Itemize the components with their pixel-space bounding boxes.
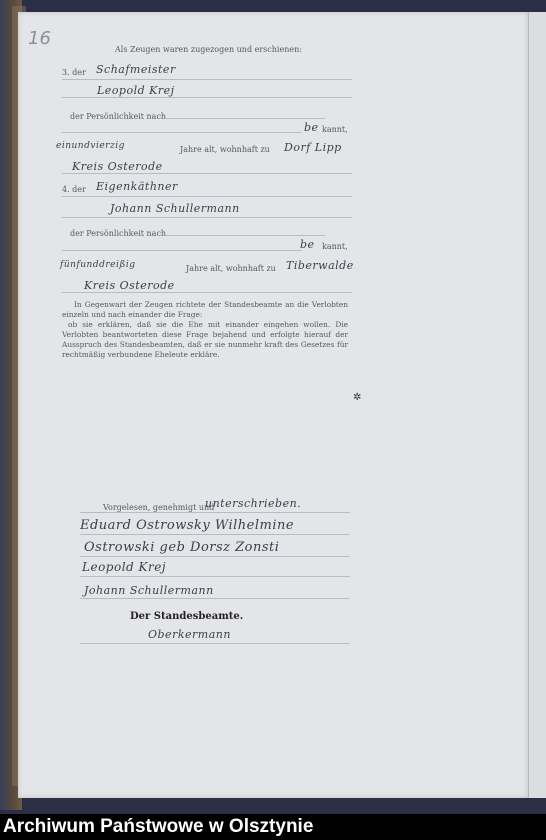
rule [62,132,302,133]
rule [62,217,352,218]
signatures-label-hand: unterschrieben. [205,497,301,510]
witness3-name: Leopold Krej [97,84,175,97]
stamp-mark: ✲ [353,392,361,403]
witness4-age: fünfunddreißig [60,260,136,270]
paragraph-line-1: In Gegenwart der Zeugen richtete der Sta… [62,300,348,320]
next-page-edge [528,12,546,798]
witness4-known-label: kannt, [322,242,348,251]
document-page [18,12,528,798]
signatures-label: Vorgelesen, genehmigt und [103,503,214,512]
rule [62,173,352,174]
witness3-occupation: Schafmeister [96,63,176,76]
witness3-identity-label: der Persönlichkeit nach [70,112,166,121]
rule [80,576,350,577]
rule [62,97,352,98]
witness3-age-label: Jahre alt, wohnhaft zu [180,145,270,154]
paragraph-line-2: ob sie erklären, daß sie die Ehe mit ein… [62,320,348,360]
witness3-district: Kreis Osterode [72,160,163,173]
rule [80,643,350,644]
witness4-age-label: Jahre alt, wohnhaft zu [186,264,276,273]
rule [62,250,302,251]
archive-footer: Archiwum Państwowe w Olsztynie [0,814,546,840]
witness3-residence: Dorf Lipp [284,141,342,154]
witness4-district: Kreis Osterode [84,279,175,292]
official-signature: Oberkermann [148,628,231,641]
witness4-name: Johann Schullermann [110,202,240,215]
declaration-paragraph: In Gegenwart der Zeugen richtete der Sta… [62,300,348,360]
witness4-known-hand: be [300,238,315,251]
witness3-known-hand: be [304,121,319,134]
signature-line-2: Ostrowski geb Dorsz Zonsti [84,540,279,555]
signature-line-1: Eduard Ostrowsky Wilhelmine [80,518,294,533]
witness3-prefix: 3. der [62,68,86,77]
rule [62,292,352,293]
rule [62,79,352,80]
signature-line-3: Leopold Krej [82,560,166,574]
witness4-identity-label: der Persönlichkeit nach [70,229,166,238]
rule [165,235,325,236]
witness4-residence: Tiberwalde [286,259,354,272]
witnesses-heading: Als Zeugen waren zugezogen und erschiene… [115,45,302,54]
witness4-prefix: 4. der [62,185,86,194]
rule [80,598,350,599]
rule [80,556,350,557]
official-title: Der Standesbeamte. [130,611,243,622]
signature-line-4: Johann Schullermann [84,584,214,597]
witness4-occupation: Eigenkäthner [96,180,178,193]
rule [80,512,350,513]
witness3-known-label: kannt, [322,125,348,134]
witness3-age: einundvierzig [56,141,125,151]
page-number: 16 [28,28,51,49]
rule [62,196,352,197]
rule [165,118,325,119]
rule [80,534,350,535]
